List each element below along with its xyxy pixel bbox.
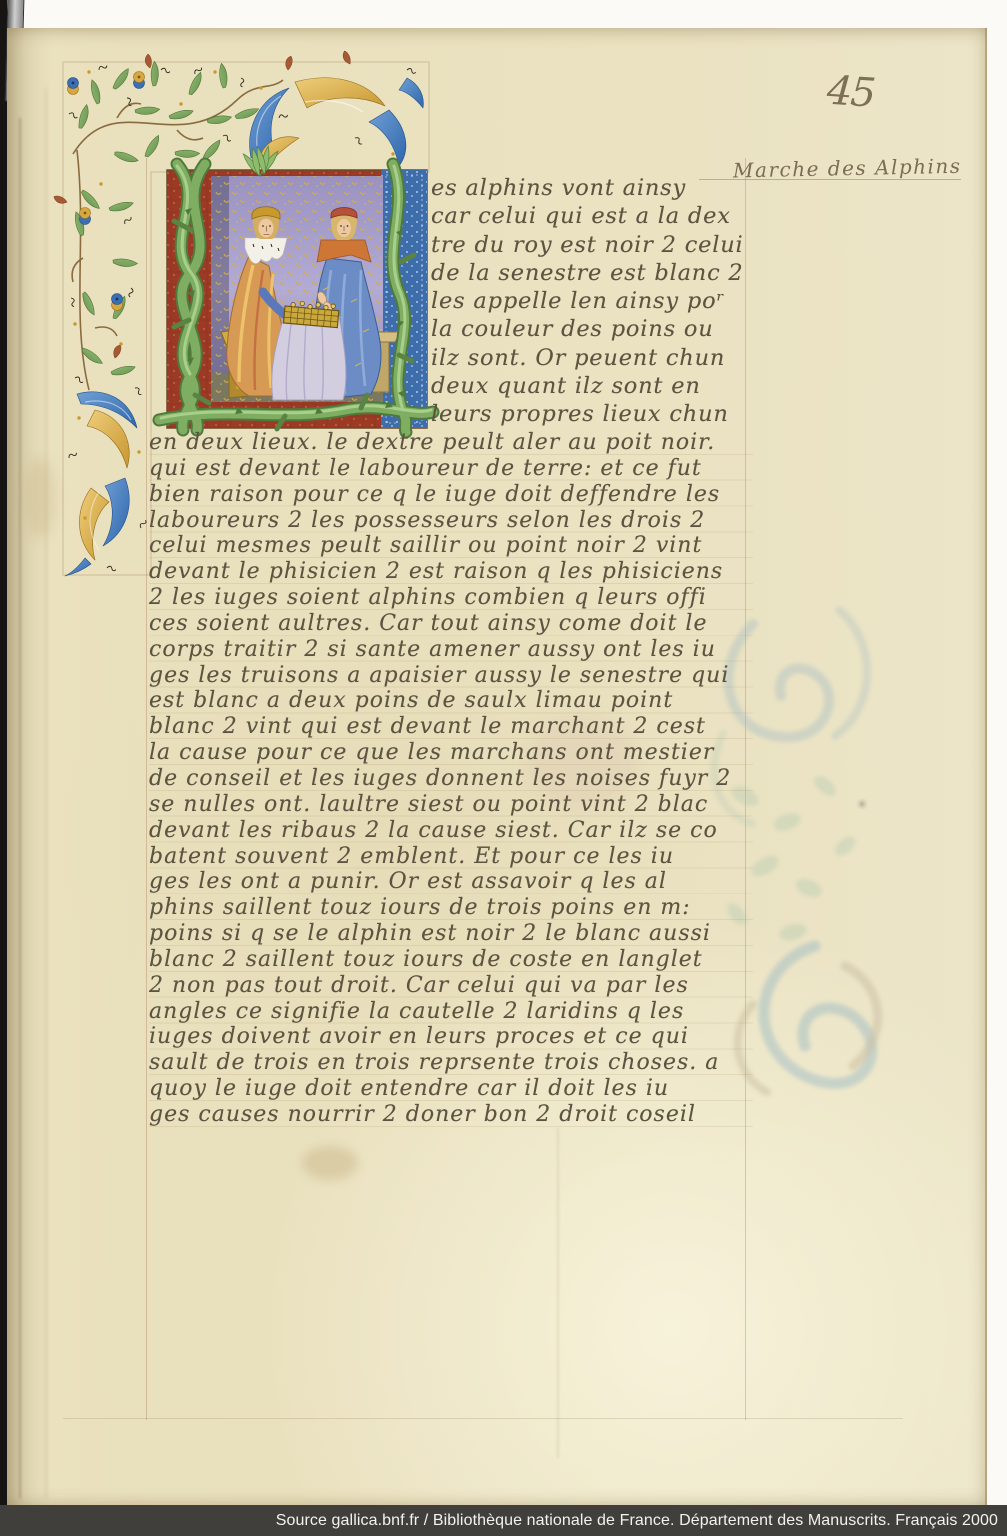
manuscript-line: tre du roy est noir 2 celui bbox=[431, 231, 749, 259]
gutter-crease bbox=[19, 118, 21, 1498]
book-spine-edge bbox=[0, 0, 7, 1536]
manuscript-line: angles ce signifie la cautelle 2 laridin… bbox=[149, 999, 753, 1025]
manuscript-line: leurs propres lieux chun bbox=[431, 400, 749, 428]
manuscript-line: sault de trois en trois reprsente trois … bbox=[149, 1050, 753, 1076]
manuscript-line: la cause pour ce que les marchans ont me… bbox=[149, 740, 753, 766]
manuscript-line: quoy le iuge doit entendre car il doit l… bbox=[149, 1076, 753, 1102]
manuscript-line: ges causes nourrir 2 doner bon 2 droit c… bbox=[149, 1102, 753, 1128]
manuscript-line: blanc 2 vint qui est devant le marchant … bbox=[149, 714, 753, 740]
manuscript-page: 45 Marche des Alphins es alphins vont ai… bbox=[7, 28, 987, 1505]
manuscript-line: celui mesmes peult saillir ou point noir… bbox=[149, 533, 753, 559]
manuscript-line: ces soient aultres. Car tout ainsy come … bbox=[149, 611, 753, 637]
bottom-rule bbox=[63, 1418, 903, 1419]
manuscript-line: laboureurs 2 les possesseurs selon les d… bbox=[149, 508, 753, 534]
gutter-crease bbox=[45, 88, 47, 1498]
parchment-stain bbox=[25, 458, 55, 538]
parchment-crease bbox=[557, 1128, 559, 1458]
manuscript-line: 2 non pas tout droit. Car celui qui va p… bbox=[149, 973, 753, 999]
miniature-chess-scene bbox=[165, 170, 429, 432]
manuscript-line: es alphins vont ainsy bbox=[431, 174, 749, 202]
manuscript-line: la couleur des poins ou bbox=[431, 315, 749, 343]
text-column-beside-miniature: es alphins vont ainsy car celui qui est … bbox=[431, 174, 749, 429]
folio-number: 45 bbox=[825, 68, 898, 119]
manuscript-line: phins saillent touz iours de trois poins… bbox=[149, 895, 753, 921]
manuscript-line: devant le phisicien 2 est raison q les p… bbox=[149, 559, 753, 585]
manuscript-line: bien raison pour ce q le iuge doit deffe… bbox=[149, 482, 753, 508]
manuscript-line: de conseil et les iuges donnent les nois… bbox=[149, 766, 753, 792]
manuscript-line: qui est devant le laboureur de terre: et… bbox=[149, 456, 753, 482]
manuscript-line: se nulles ont. laultre siest ou point vi… bbox=[149, 792, 753, 818]
gallica-source-bar: Source gallica.bnf.fr / Bibliothèque nat… bbox=[0, 1505, 1007, 1536]
manuscript-line: en deux lieux. le dextre peult aler au p… bbox=[149, 430, 753, 456]
manuscript-line: devant les ribaus 2 la cause siest. Car … bbox=[149, 818, 753, 844]
source-caption: Source gallica.bnf.fr / Bibliothèque nat… bbox=[276, 1512, 1007, 1530]
page-edge bbox=[985, 28, 987, 1505]
parchment-stain bbox=[302, 1146, 358, 1180]
manuscript-line: ges les ont a punir. Or est assavoir q l… bbox=[149, 869, 753, 895]
manuscript-line: car celui qui est a la dex bbox=[431, 202, 749, 230]
manuscript-line: poins si q se le alphin est noir 2 le bl… bbox=[149, 921, 753, 947]
manuscript-line: est blanc a deux poins de saulx limau po… bbox=[149, 688, 753, 714]
main-text-block: en deux lieux. le dextre peult aler au p… bbox=[149, 430, 753, 1128]
manuscript-line: ilz sont. Or peuent chun bbox=[431, 344, 749, 372]
manuscript-line: iuges doivent avoir en leurs proces et c… bbox=[149, 1024, 753, 1050]
manuscript-line: ges les truisons a apaisier aussy le sen… bbox=[149, 663, 753, 689]
manuscript-line: batent souvent 2 emblent. Et pour ce les… bbox=[149, 844, 753, 870]
manuscript-line: les appelle len ainsy poʳ bbox=[431, 287, 749, 315]
manuscript-line: blanc 2 saillent touz iours de coste en … bbox=[149, 947, 753, 973]
manuscript-line: de la senestre est blanc 2 bbox=[431, 259, 749, 287]
manuscript-line: 2 les iuges soient alphins combien q leu… bbox=[149, 585, 753, 611]
running-header: Marche des Alphins bbox=[733, 153, 973, 182]
manuscript-line: corps traitir 2 si sante amener aussy on… bbox=[149, 637, 753, 663]
manuscript-line: deux quant ilz sont en bbox=[431, 372, 749, 400]
